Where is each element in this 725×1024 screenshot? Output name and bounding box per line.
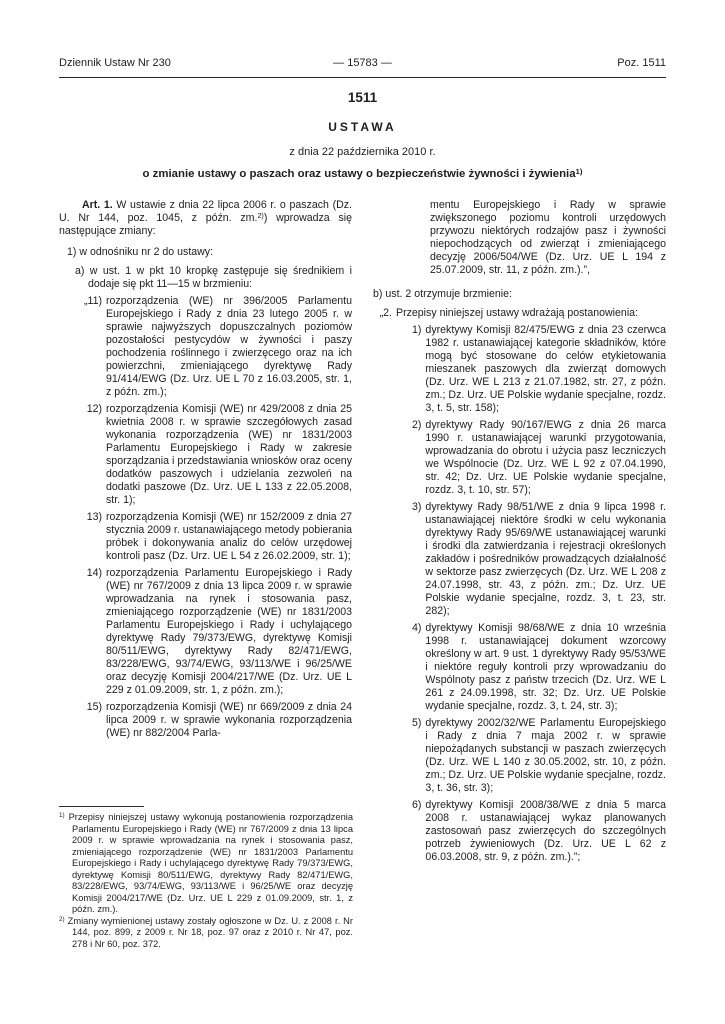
point-text: w odnośniku nr 2 do ustawy:	[79, 246, 213, 258]
list-item-13: 13) rozporządzenia Komisji (WE) nr 152/2…	[59, 511, 352, 563]
point-text: w ust. 1 w pkt 10 kropkę zastępuje się ś…	[88, 265, 352, 290]
list-item-3: 3) dyrektywy Rady 98/51/WE z dnia 9 lipc…	[412, 501, 666, 618]
article-footnote-ref: 2)	[257, 211, 263, 220]
item-text: dyrektywy Komisji 2008/38/WE z dnia 5 ma…	[425, 799, 666, 864]
article-label: Art. 1.	[82, 199, 113, 211]
footnote-text: Przepisy niniejszej ustawy wykonują post…	[65, 812, 353, 914]
body-columns: Art. 1. W ustawie z dnia 22 lipca 2006 r…	[59, 199, 666, 1024]
point-text: ust. 2 otrzymuje brzmienie:	[385, 288, 512, 300]
continuation-paragraph: mentu Europejskiego i Rady w sprawie zwi…	[371, 199, 666, 277]
list-item-1: 1) dyrektywy Komisji 82/475/EWG z dnia 2…	[412, 324, 666, 415]
title-footnote-ref: 1)	[576, 167, 583, 176]
item-number: 3)	[412, 501, 425, 618]
item-number: „11)	[59, 295, 106, 399]
item-text: rozporządzenia Komisji (WE) nr 669/2009 …	[106, 701, 352, 740]
footnote-marker: 1)	[59, 812, 65, 819]
document-page: Dziennik Ustaw Nr 230 — 15783 — Poz. 151…	[0, 0, 725, 1024]
item-text: dyrektywy Komisji 98/68/WE z dnia 10 wrz…	[425, 622, 666, 713]
item-number: 2)	[412, 419, 425, 497]
footnotes: 1) Przepisy niniejszej ustawy wykonują p…	[59, 806, 353, 950]
item-text: dyrektywy Rady 90/167/EWG z dnia 26 marc…	[425, 419, 666, 497]
act-title: o zmianie ustawy o paszach oraz ustawy o…	[0, 168, 725, 180]
list-item-6: 6) dyrektywy Komisji 2008/38/WE z dnia 5…	[412, 799, 666, 864]
list-item-14: 14) rozporządzenia Parlamentu Europejski…	[59, 567, 352, 697]
act-date: z dnia 22 października 2010 r.	[0, 146, 725, 158]
list-item-5: 5) dyrektywy 2002/32/WE Parlamentu Europ…	[412, 717, 666, 795]
ust-number: „2.	[375, 307, 396, 320]
footnote-text: Zmiany wymienionej ustawy zostały ogłosz…	[65, 916, 353, 949]
ust-2: „2. Przepisy niniejszej ustawy wdrażają …	[371, 307, 666, 320]
point-a: a) w ust. 1 w pkt 10 kropkę zastępuje si…	[59, 265, 352, 291]
point-number: b)	[373, 288, 382, 300]
item-text: rozporządzenia Komisji (WE) nr 429/2008 …	[106, 403, 352, 507]
item-number: 15)	[59, 701, 106, 740]
point-number: 1)	[67, 246, 76, 258]
item-number: 1)	[412, 324, 425, 415]
running-head: Dziennik Ustaw Nr 230 — 15783 — Poz. 151…	[59, 57, 666, 71]
list-item-4: 4) dyrektywy Komisji 98/68/WE z dnia 10 …	[412, 622, 666, 713]
act-number: 1511	[0, 90, 725, 105]
list-item-11: „11) rozporządzenia (WE) nr 396/2005 Par…	[59, 295, 352, 399]
item-text: dyrektywy 2002/32/WE Parlamentu Europejs…	[425, 717, 666, 795]
left-column: Art. 1. W ustawie z dnia 22 lipca 2006 r…	[59, 199, 352, 1024]
item-text: rozporządzenia Parlamentu Europejskiego …	[106, 567, 352, 697]
item-text: dyrektywy Rady 98/51/WE z dnia 9 lipca 1…	[425, 501, 666, 618]
footnote-separator	[59, 806, 144, 807]
item-text: dyrektywy Komisji 82/475/EWG z dnia 23 c…	[425, 324, 666, 415]
article-intro: Art. 1. W ustawie z dnia 22 lipca 2006 r…	[59, 199, 352, 238]
item-number: 4)	[412, 622, 425, 713]
list-item-12: 12) rozporządzenia Komisji (WE) nr 429/2…	[59, 403, 352, 507]
header-position: Poz. 1511	[617, 57, 666, 69]
list-item-2: 2) dyrektywy Rady 90/167/EWG z dnia 26 m…	[412, 419, 666, 497]
item-text: rozporządzenia Komisji (WE) nr 152/2009 …	[106, 511, 352, 563]
footnote-1: 1) Przepisy niniejszej ustawy wykonują p…	[59, 812, 353, 916]
header-page-number: — 15783 —	[59, 57, 666, 69]
point-number: a)	[75, 265, 84, 277]
point-b: b) ust. 2 otrzymuje brzmienie:	[371, 288, 666, 301]
act-title-text: o zmianie ustawy o paszach oraz ustawy o…	[143, 168, 576, 180]
item-number: 14)	[59, 567, 106, 697]
footnote-2: 2) Zmiany wymienionej ustawy zostały ogł…	[59, 916, 353, 951]
header-divider	[59, 77, 666, 78]
ust-text: Przepisy niniejszej ustawy wdrażają post…	[396, 307, 666, 320]
item-text: rozporządzenia (WE) nr 396/2005 Parlamen…	[106, 295, 352, 399]
footnote-marker: 2)	[59, 916, 65, 923]
list-item-15: 15) rozporządzenia Komisji (WE) nr 669/2…	[59, 701, 352, 740]
item-number: 6)	[412, 799, 425, 864]
item-number: 5)	[412, 717, 425, 795]
item-number: 12)	[59, 403, 106, 507]
point-1: 1) w odnośniku nr 2 do ustawy:	[59, 246, 352, 259]
right-column: mentu Europejskiego i Rady w sprawie zwi…	[371, 199, 666, 1024]
act-type: USTAWA	[0, 120, 725, 134]
item-number: 13)	[59, 511, 106, 563]
